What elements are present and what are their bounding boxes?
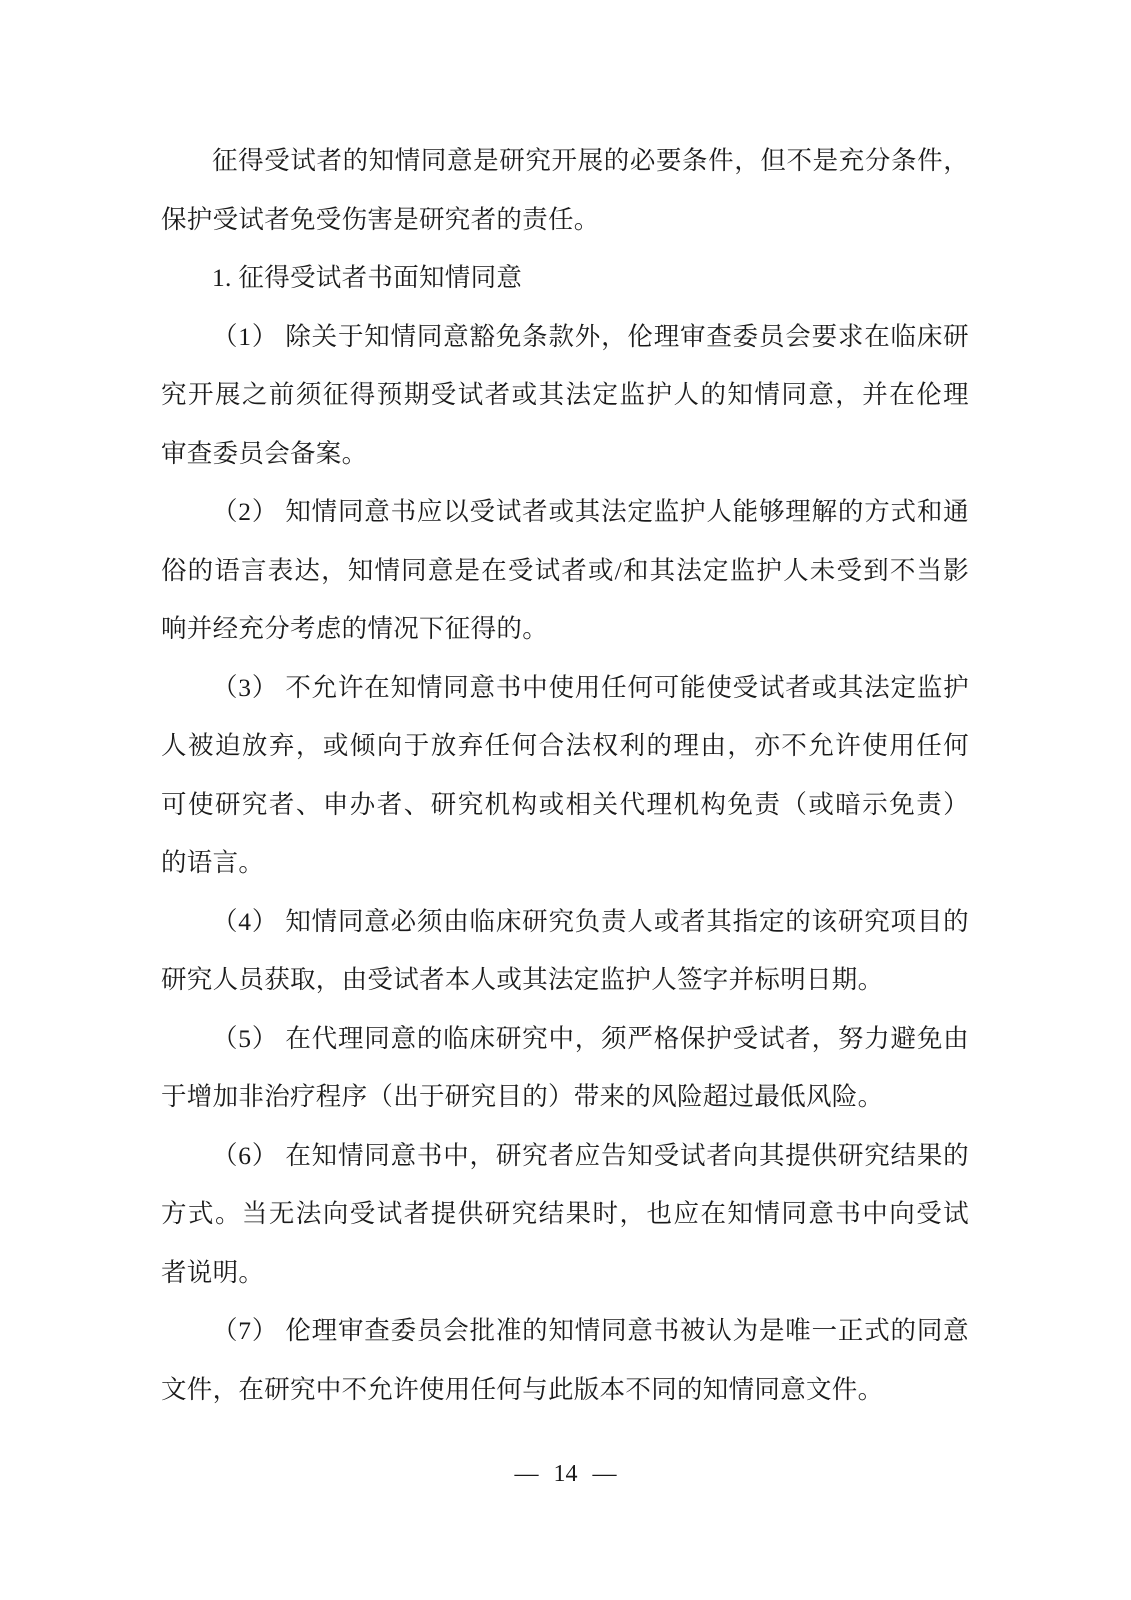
paragraph: （7） 伦理审查委员会批准的知情同意书被认为是唯一正式的同意文件，在研究中不允许…	[161, 1302, 969, 1419]
text-line: （2） 知情同意书应以受试者或其法定监护人能够理解的方式和通	[161, 483, 969, 542]
paragraph: （1） 除关于知情同意豁免条款外，伦理审查委员会要求在临床研究开展之前须征得预期…	[161, 308, 969, 484]
paragraph: （6） 在知情同意书中，研究者应告知受试者向其提供研究结果的方式。当无法向受试者…	[161, 1127, 969, 1303]
text-line: 研究人员获取，由受试者本人或其法定监护人签字并标明日期。	[161, 951, 969, 1010]
paragraph: （2） 知情同意书应以受试者或其法定监护人能够理解的方式和通俗的语言表达，知情同…	[161, 483, 969, 659]
page-footer: —14—	[0, 1458, 1131, 1490]
paragraph: 征得受试者的知情同意是研究开展的必要条件，但不是充分条件，保护受试者免受伤害是研…	[161, 132, 969, 249]
text-line: 审查委员会备案。	[161, 425, 969, 484]
text-line: 保护受试者免受伤害是研究者的责任。	[161, 191, 969, 250]
paragraph: （5） 在代理同意的临床研究中，须严格保护受试者，努力避免由于增加非治疗程序（出…	[161, 1010, 969, 1127]
paragraph: 1. 征得受试者书面知情同意	[161, 249, 969, 308]
text-line: 人被迫放弃，或倾向于放弃任何合法权利的理由，亦不允许使用任何	[161, 717, 969, 776]
footer-dash-right: —	[593, 1461, 617, 1487]
document-page: 征得受试者的知情同意是研究开展的必要条件，但不是充分条件，保护受试者免受伤害是研…	[0, 0, 1131, 1600]
footer-dash-left: —	[515, 1461, 539, 1487]
text-line: 1. 征得受试者书面知情同意	[161, 249, 969, 308]
text-line: 响并经充分考虑的情况下征得的。	[161, 600, 969, 659]
text-line: （1） 除关于知情同意豁免条款外，伦理审查委员会要求在临床研	[161, 308, 969, 367]
text-line: 的语言。	[161, 834, 969, 893]
document-body: 征得受试者的知情同意是研究开展的必要条件，但不是充分条件，保护受试者免受伤害是研…	[161, 132, 969, 1419]
text-line: 文件，在研究中不允许使用任何与此版本不同的知情同意文件。	[161, 1361, 969, 1420]
text-line: （3） 不允许在知情同意书中使用任何可能使受试者或其法定监护	[161, 659, 969, 718]
text-line: （4） 知情同意必须由临床研究负责人或者其指定的该研究项目的	[161, 893, 969, 952]
page-number: 14	[554, 1461, 578, 1487]
text-line: 征得受试者的知情同意是研究开展的必要条件，但不是充分条件，	[161, 132, 969, 191]
text-line: （5） 在代理同意的临床研究中，须严格保护受试者，努力避免由	[161, 1010, 969, 1069]
paragraph: （3） 不允许在知情同意书中使用任何可能使受试者或其法定监护人被迫放弃，或倾向于…	[161, 659, 969, 893]
text-line: 者说明。	[161, 1244, 969, 1303]
text-line: （6） 在知情同意书中，研究者应告知受试者向其提供研究结果的	[161, 1127, 969, 1186]
text-line: 方式。当无法向受试者提供研究结果时，也应在知情同意书中向受试	[161, 1185, 969, 1244]
text-line: 可使研究者、申办者、研究机构或相关代理机构免责（或暗示免责）	[161, 776, 969, 835]
text-line: （7） 伦理审查委员会批准的知情同意书被认为是唯一正式的同意	[161, 1302, 969, 1361]
paragraph: （4） 知情同意必须由临床研究负责人或者其指定的该研究项目的研究人员获取，由受试…	[161, 893, 969, 1010]
text-line: 究开展之前须征得预期受试者或其法定监护人的知情同意，并在伦理	[161, 366, 969, 425]
text-line: 俗的语言表达，知情同意是在受试者或/和其法定监护人未受到不当影	[161, 542, 969, 601]
text-line: 于增加非治疗程序（出于研究目的）带来的风险超过最低风险。	[161, 1068, 969, 1127]
